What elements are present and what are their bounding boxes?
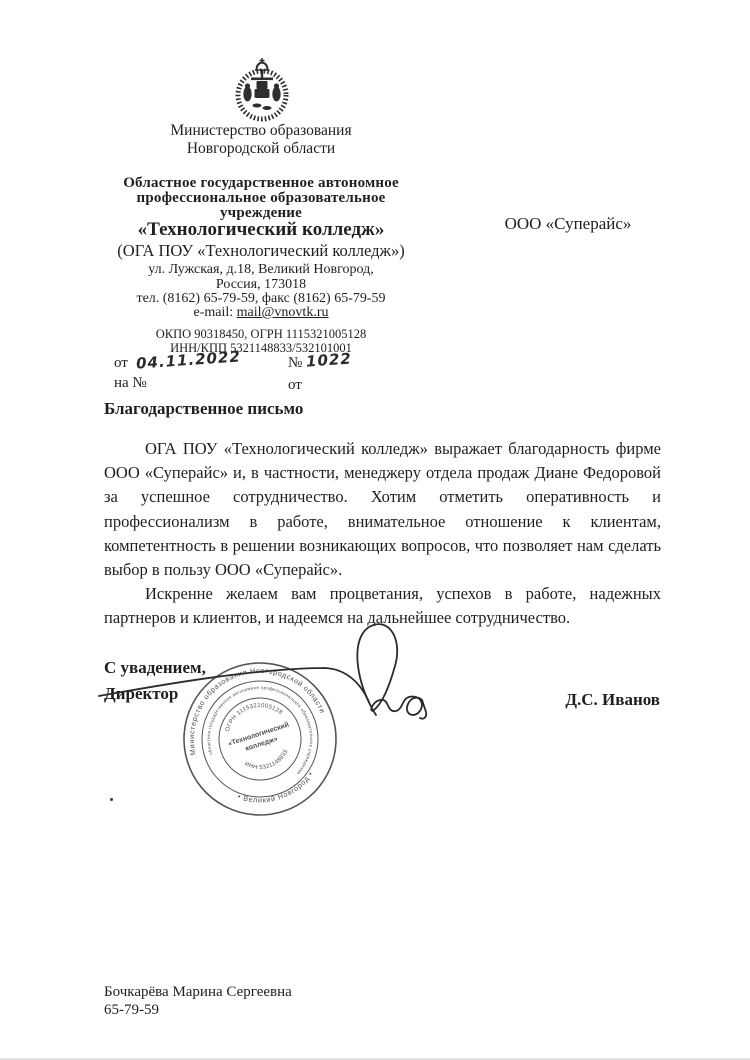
ministry-name-line2: Новгородской области [78,140,444,158]
stamp-inn-text: ИНН 5321148833 [242,747,293,777]
signer-name: Д.С. Иванов [490,690,660,710]
org-name-line1: Областное государственное автономное [78,176,444,191]
ministry-name-line1: Министерство образования [78,122,444,140]
letter-document: Министерство образования Новгородской об… [0,0,750,1060]
email-label: e-mail: [194,305,237,320]
coat-of-arms-icon [231,56,293,122]
executor-phone: 65-79-59 [104,1001,159,1019]
org-title: «Технологический колледж» [78,219,444,241]
stamp-outer-bottom-text: • Великий Новгород • [234,768,319,814]
ink-dot [110,798,113,801]
svg-text:• Великий Новгород •: • Великий Новгород • [234,768,319,814]
ref-reply-from-label: от [288,377,302,394]
ref-reply-label: на № [114,375,147,392]
org-okpo-ogrn: ОКПО 90318450, ОГРН 1115321005128 [78,327,444,342]
letter-body: ОГА ПОУ «Технологический колледж» выража… [104,437,661,631]
executor-name: Бочкарёва Марина Сергеевна [104,983,292,1001]
email-address: mail@vnovtk.ru [237,305,329,320]
director-signature [95,618,440,728]
org-name-line2: профессиональное образовательное [78,191,444,206]
ref-number-handwritten: 1022 [305,349,352,370]
org-address-line1: ул. Лужская, д.18, Великий Новгород, [78,262,444,278]
ref-number-label: № [288,355,302,372]
ref-from-label: от [114,355,128,372]
org-short-name: (ОГА ПОУ «Технологический колледж») [78,241,444,261]
org-inn-kpp: ИНН/КПП 5321148833/532101001 [78,341,444,356]
org-email-line: e-mail: mail@vnovtk.ru [78,305,444,321]
body-paragraph-1: ОГА ПОУ «Технологический колледж» выража… [104,437,661,582]
addressee-name: ООО «Суперайс» [478,214,658,234]
letter-subject: Благодарственное письмо [104,399,303,419]
svg-text:ИНН 5321148833: ИНН 5321148833 [242,747,293,777]
